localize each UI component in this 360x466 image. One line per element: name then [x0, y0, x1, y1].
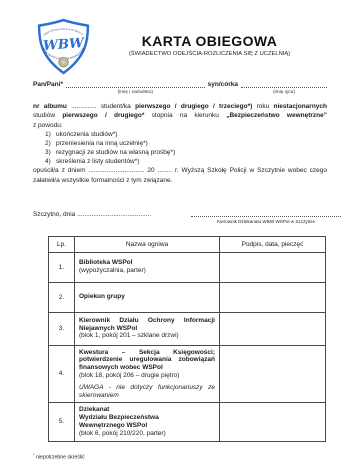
reason-text: rezygnacji ze studiów na własną prośbę*) [56, 148, 175, 157]
table-header-row: Lp. Nazwa ogniwa Podpis, data, pieczęć [49, 236, 326, 252]
logo-emblem-circle [59, 58, 68, 67]
recipient-row: Pan/Pani* (imię i nazwisko) syn/córka (i… [33, 81, 327, 97]
name-caption: (imię i nazwisko) [66, 89, 205, 97]
year-options: pierwszego / drugiego / trzeciego*) [135, 103, 252, 110]
reason-intro: z powodu: [33, 121, 327, 130]
unit-name: Biblioteka WSPol [79, 259, 215, 267]
title-block: KARTA OBIEGOWA (ŚWIADECTWO ODEJŚCIA-ROZL… [92, 18, 327, 75]
recipient-label: Pan/Pani* [33, 81, 63, 97]
header-unit-name: Nazwa ogniwa [75, 236, 220, 252]
page: WYŻSZA SZKOŁA POLICJI W SZCZYTNIE WBW WY… [0, 0, 360, 466]
unit-location: (blok 6, pokój 210/220, parter) [79, 430, 215, 438]
row-number: 2. [49, 282, 75, 312]
reason-text: skreślenia z listy studentów*) [56, 157, 139, 166]
signature-block: Kierownik Dziekanatu WBW WSPol w Szczytn… [191, 211, 341, 224]
table-row: 5. Dziekanat Wydziału Bezpieczeństwa Wew… [49, 403, 326, 441]
unit-cell: Opiekun grupy [75, 282, 220, 312]
study-mode: niestacjonarnych [274, 103, 327, 110]
unit-cell: Biblioteka WSPol (wypożyczalnia, parter) [75, 252, 220, 282]
list-item: 3) rezygnacji ze studiów na własną prośb… [45, 148, 327, 157]
list-item: 4) skreślenia z listy studentów*) [45, 157, 327, 166]
date-line: Szczytno, dnia .........................… [33, 211, 151, 224]
reason-text: ukończenia studiów*) [56, 130, 117, 139]
header-lp: Lp. [49, 236, 75, 252]
unit-name-line: Dziekanat [79, 406, 215, 414]
table-row: 1. Biblioteka WSPol (wypożyczalnia, part… [49, 252, 326, 282]
unit-name: Kwestura – Sekcja Księgowości; potwierdz… [79, 349, 215, 372]
reason-number: 4) [45, 157, 56, 166]
page-subtitle: (ŚWIADECTWO ODEJŚCIA-ROZLICZENIA SIĘ Z U… [92, 51, 327, 57]
footnote-text: niepotrzebne skreślić [36, 454, 85, 460]
wbw-badge-logo: WYŻSZA SZKOŁA POLICJI W SZCZYTNIE WBW WY… [35, 18, 92, 75]
degree-options: pierwszego / drugiego* [62, 112, 144, 119]
table-row: 3. Kierownik Działu Ochrony Informacji N… [49, 312, 326, 345]
logo-acronym: WBW [43, 36, 86, 54]
footnote: * niepotrzebne skreślić [33, 452, 327, 461]
shield-badge-icon: WYŻSZA SZKOŁA POLICJI W SZCZYTNIE WBW WY… [35, 18, 92, 75]
row-number: 4. [49, 345, 75, 403]
studies-word: studiów [33, 112, 62, 119]
year-word: roku [252, 103, 273, 110]
leave-statement-line-1: opuścił/a z dniem ......................… [33, 166, 327, 175]
unit-cell: Dziekanat Wydziału Bezpieczeństwa Wewnęt… [75, 403, 220, 441]
album-number-blank: .............. [67, 103, 101, 110]
album-line-1: nr albumu .............. student/ka pier… [33, 102, 327, 111]
unit-cell: Kierownik Działu Ochrony Informacji Niej… [75, 312, 220, 345]
signature-cell [220, 312, 326, 345]
reason-number: 3) [45, 148, 56, 157]
album-number-label: nr albumu [33, 103, 67, 110]
reason-number: 1) [45, 130, 56, 139]
unit-location: (wypożyczalnia, parter) [79, 267, 215, 275]
degree-connector: stopnia na kierunku [144, 112, 226, 119]
unit-location: (blok 18, pokój 206 – drugie piętro) [79, 372, 215, 380]
unit-name-line: Wydziału Bezpieczeństwa [79, 414, 215, 422]
reason-number: 2) [45, 139, 56, 148]
header-signature: Podpis, data, pieczęć [220, 236, 326, 252]
reasons-list: 1) ukończenia studiów*) 2) przeniesienia… [33, 130, 327, 166]
unit-cell: Kwestura – Sekcja Księgowości; potwierdz… [75, 345, 220, 403]
row-number: 1. [49, 252, 75, 282]
reason-text: przeniesienia na inną uczelnię*) [56, 139, 148, 148]
father-name-field: (imię ojca) [241, 81, 327, 97]
table-row: 2. Opiekun grupy [49, 282, 326, 312]
leave-statement-line-2: załatwił/a wszystkie formalności z tym z… [33, 176, 327, 185]
footnote-marker: * [33, 452, 35, 457]
table-row: 4. Kwestura – Sekcja Księgowości; potwie… [49, 345, 326, 403]
unit-location: (blok 1, pokój 201 – szklane drzwi) [79, 332, 215, 340]
father-name-blank-line [241, 81, 327, 88]
album-line-2: studiów pierwszego / drugiego* stopnia n… [33, 111, 327, 120]
signature-cell [220, 282, 326, 312]
signature-line [191, 211, 341, 217]
name-blank-line [66, 81, 205, 88]
unit-name-line: Wewnętrznego WSPol [79, 422, 215, 430]
row-number: 5. [49, 403, 75, 441]
row-number: 3. [49, 312, 75, 345]
signature-cell [220, 403, 326, 441]
parent-label: syn/córka [208, 81, 238, 97]
page-title: KARTA OBIEGOWA [92, 33, 327, 49]
student-label: student/ka [101, 103, 135, 110]
clearance-table: Lp. Nazwa ogniwa Podpis, data, pieczęć 1… [48, 236, 326, 442]
father-name-caption: (imię ojca) [241, 89, 327, 97]
major-name: „Bezpieczeństwo wewnętrzne” [226, 112, 327, 119]
header: WYŻSZA SZKOŁA POLICJI W SZCZYTNIE WBW WY… [33, 18, 327, 75]
album-paragraph: nr albumu .............. student/ka pier… [33, 102, 327, 130]
list-item: 2) przeniesienia na inną uczelnię*) [45, 139, 327, 148]
signature-caption: Kierownik Dziekanatu WBW WSPol w Szczytn… [191, 219, 341, 224]
signature-cell [220, 252, 326, 282]
list-item: 1) ukończenia studiów*) [45, 130, 327, 139]
signoff-row: Szczytno, dnia .........................… [33, 211, 327, 224]
name-field: (imię i nazwisko) [66, 81, 205, 97]
signature-cell [220, 345, 326, 403]
unit-name: Opiekun grupy [79, 293, 215, 301]
unit-name: Kierownik Działu Ochrony Informacji Niej… [79, 317, 215, 333]
leave-statement: opuścił/a z dniem ......................… [33, 166, 327, 185]
unit-note: UWAGA - nie dotyczy funkcjonariuszy ze s… [79, 384, 215, 400]
